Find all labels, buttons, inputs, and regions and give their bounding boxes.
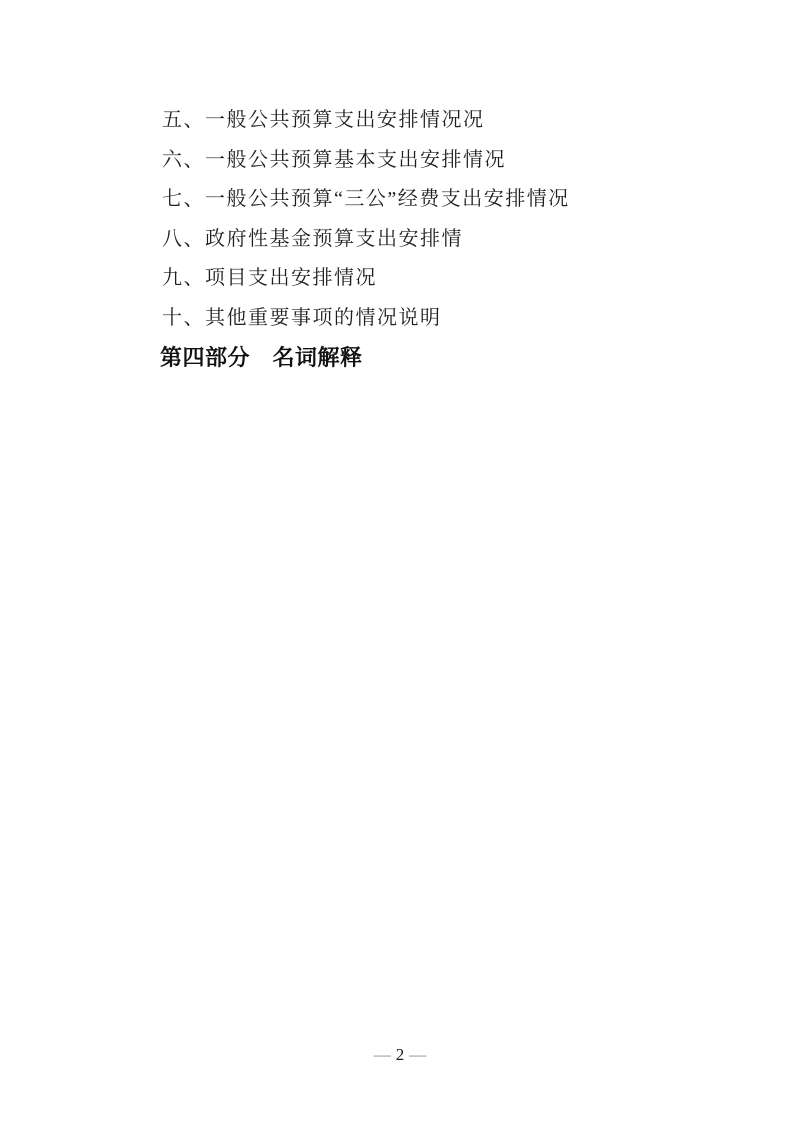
page-number: 2	[396, 1045, 405, 1064]
toc-item: 九、项目支出安排情况	[162, 259, 740, 299]
footer-right-dash: —	[404, 1045, 431, 1064]
toc-item: 六、一般公共预算基本支出安排情况	[162, 141, 740, 181]
table-of-contents: 五、一般公共预算支出安排情况况 六、一般公共预算基本支出安排情况 七、一般公共预…	[162, 101, 740, 378]
toc-item: 十、其他重要事项的情况说明	[162, 299, 740, 339]
section-heading: 第四部分 名词解释	[160, 338, 740, 378]
toc-item: 七、一般公共预算“三公”经费支出安排情况	[162, 180, 740, 220]
document-page: 五、一般公共预算支出安排情况况 六、一般公共预算基本支出安排情况 七、一般公共预…	[0, 0, 800, 1131]
toc-item: 八、政府性基金预算支出安排情	[162, 220, 740, 260]
footer-left-dash: —	[369, 1045, 396, 1064]
toc-item: 五、一般公共预算支出安排情况况	[162, 101, 740, 141]
page-footer: —2—	[0, 1044, 800, 1066]
